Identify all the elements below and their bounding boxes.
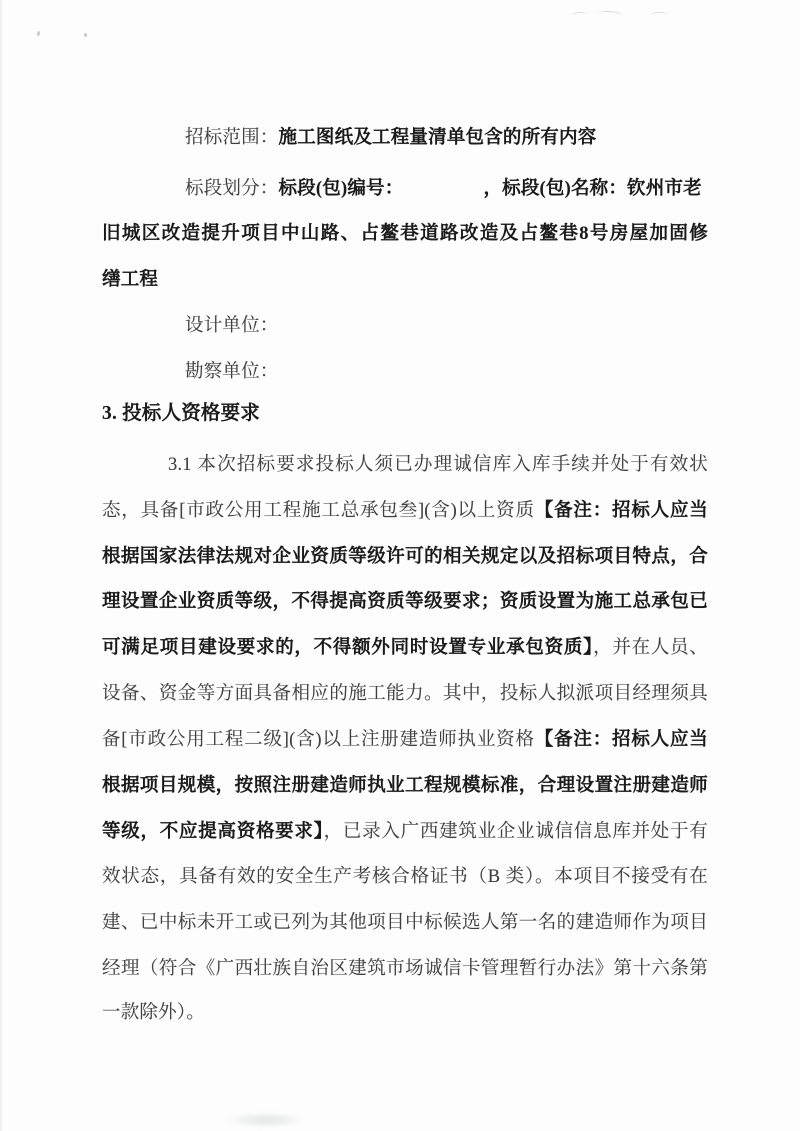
document-page: 招标范围：施工图纸及工程量清单包含的所有内容标段划分：标段(包)编号：，标段(包… [0,0,800,1131]
text-segment-bold: 标段(包)编号： [279,179,404,199]
document-line: 建、已中标未开工或已列为其他项目中标候选人第一名的建造师作为项目 [102,911,708,937]
text-segment: 设备、资金等方面具备相应的施工能力。其中，投标人拟派项目经理须具 [102,684,708,704]
document-line: 可满足项目建设要求的，不得额外同时设置专业承包资质】，并在人员、 [102,636,708,662]
document-line: 设计单位： [185,314,708,340]
text-segment-bold: 旧城区改造提升项目中山路、占鳌巷道路改造及占鳌巷8号房屋加固修 [102,224,708,244]
document-line: 一款除外）。 [102,1001,708,1027]
text-segment-bold: 根据项目规模，按照注册建造师执业工程规模标准，合理设置注册建造师 [102,776,708,796]
text-segment: 设计单位： [185,316,279,336]
scan-mark [651,12,667,18]
text-segment: 态，具备[市政公用工程施工总承包叁](含)以上资质 [102,501,535,521]
text-segment-bold: ，标段(包)名称：钦州市老 [483,179,701,199]
text-segment: 3.1 本次招标要求投标人须已办理诚信库入库手续并处于有效状 [168,455,708,475]
scan-mark [598,10,622,19]
scan-speck [84,33,88,38]
text-segment: 标段划分： [185,179,279,199]
document-line: 标段划分：标段(包)编号：，标段(包)名称：钦州市老 [185,177,708,203]
text-segment: 备[市政公用工程二级](含)以上注册建造师执业资格 [102,730,535,750]
document-line: 设备、资金等方面具备相应的施工能力。其中，投标人拟派项目经理须具 [102,682,708,708]
text-segment-bold: 根据国家法律法规对企业资质等级许可的相关规定以及招标项目特点，合 [102,547,708,567]
text-segment: 经理（符合《广西壮族自治区建筑市场诚信卡管理暂行办法》第十六条第 [102,959,708,979]
scan-mark [572,11,586,17]
text-segment: ，已录入广西建筑业企业诚信信息库并处于有 [324,822,708,842]
blank-fill-space [403,193,483,194]
text-segment: ，并在人员、 [593,638,708,658]
scan-smudge [226,1112,306,1128]
document-line: 经理（符合《广西壮族自治区建筑市场诚信卡管理暂行办法》第十六条第 [102,957,708,983]
text-segment: 一款除外）。 [102,1003,205,1023]
text-segment-bold: 等级，不应提高资格要求】 [102,822,324,842]
text-segment-bold: 3. 投标人资格要求 [102,403,260,424]
text-segment-bold: 缮工程 [102,270,158,290]
text-segment: 效状态，具备有效的安全生产考核合格证书（B 类）。本项目不接受有在 [102,867,708,887]
text-segment: 建、已中标未开工或已列为其他项目中标候选人第一名的建造师作为项目 [102,913,708,933]
document-line: 3.1 本次招标要求投标人须已办理诚信库入库手续并处于有效状 [168,453,708,479]
document-line: 根据国家法律法规对企业资质等级许可的相关规定以及招标项目特点，合 [102,545,708,571]
document-line: 根据项目规模，按照注册建造师执业工程规模标准，合理设置注册建造师 [102,774,708,800]
document-line: 效状态，具备有效的安全生产考核合格证书（B 类）。本项目不接受有在 [102,865,708,891]
text-segment: 勘察单位： [185,362,279,382]
document-line: 招标范围：施工图纸及工程量清单包含的所有内容 [185,126,708,152]
document-line: 备[市政公用工程二级](含)以上注册建造师执业资格【备注：招标人应当 [102,728,708,754]
text-segment-bold: 可满足项目建设要求的，不得额外同时设置专业承包资质】 [102,638,593,658]
document-line: 理设置企业资质等级，不得提高资质等级要求；资质设置为施工总承包已 [102,590,708,616]
document-line: 缮工程 [102,268,708,294]
text-segment-bold: 【备注：招标人应当 [535,730,708,750]
text-segment: 招标范围： [185,128,279,148]
text-segment-bold: 【备注：招标人应当 [535,501,708,521]
text-segment-bold: 施工图纸及工程量清单包含的所有内容 [279,128,597,148]
document-line: 态，具备[市政公用工程施工总承包叁](含)以上资质【备注：招标人应当 [102,499,708,525]
document-line: 等级，不应提高资格要求】，已录入广西建筑业企业诚信信息库并处于有 [102,820,708,846]
text-segment-bold: 理设置企业资质等级，不得提高资质等级要求；资质设置为施工总承包已 [102,592,708,612]
document-line: 3. 投标人资格要求 [102,402,708,428]
document-line: 勘察单位： [185,360,708,386]
document-line: 旧城区改造提升项目中山路、占鳌巷道路改造及占鳌巷8号房屋加固修 [102,222,708,248]
scan-speck [36,31,40,37]
